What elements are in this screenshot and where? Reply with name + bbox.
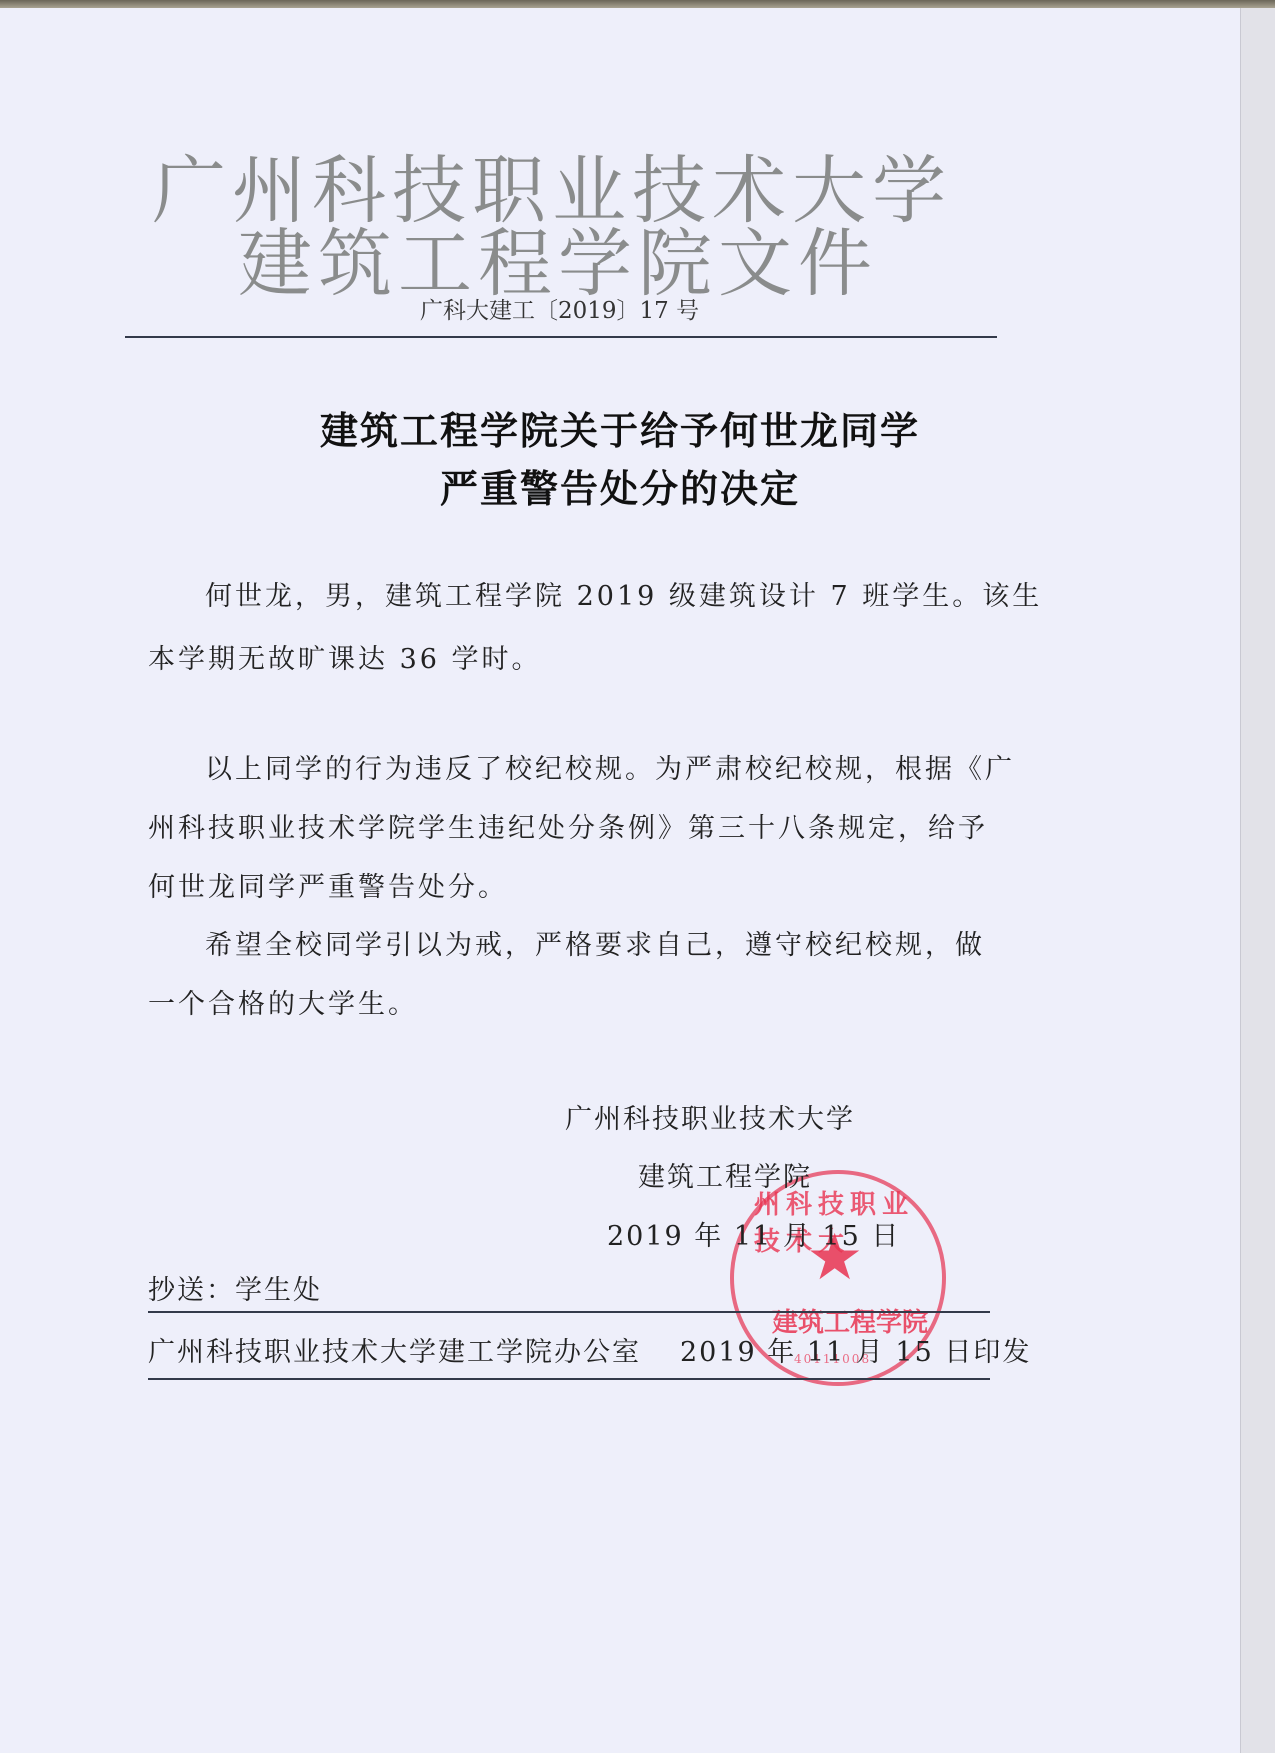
cc-line: 抄送：学生处	[148, 1268, 322, 1307]
signature-organization: 广州科技职业技术大学	[565, 1097, 855, 1136]
header-divider	[125, 336, 997, 338]
footer-issuer: 广州科技职业技术大学建工学院办公室	[148, 1330, 641, 1369]
paragraph-3-line-2: 一个合格的大学生。	[148, 973, 418, 1036]
footer-divider-top	[148, 1311, 990, 1313]
scan-right-edge	[1240, 8, 1275, 1753]
signature-department: 建筑工程学院	[638, 1155, 812, 1194]
paragraph-2-line-3: 何世龙同学严重警告处分。	[148, 856, 508, 919]
document-number: 广科大建工〔2019〕17 号	[420, 292, 699, 325]
paragraph-2-line-2: 州科技职业技术学院学生违纪处分条例》第三十八条规定，给予	[148, 797, 988, 860]
document-title-line2: 严重警告处分的决定	[120, 458, 1120, 513]
paragraph-1-line-2: 本学期无故旷课达 36 学时。	[148, 628, 542, 691]
paragraph-1-line-1: 何世龙，男，建筑工程学院 2019 级建筑设计 7 班学生。该生	[205, 565, 1042, 628]
paragraph-2-line-1: 以上同学的行为违反了校纪校规。为严肃校纪校规，根据《广	[205, 738, 1015, 801]
footer-divider-bottom	[148, 1378, 990, 1380]
document-title-line1: 建筑工程学院关于给予何世龙同学	[120, 400, 1120, 455]
footer-issue-date: 2019 年 11 月 15 日印发	[680, 1330, 1031, 1369]
signature-date: 2019 年 11 月 15 日	[607, 1214, 900, 1253]
paragraph-3-line-1: 希望全校同学引以为戒，严格要求自己，遵守校纪校规，做	[205, 914, 985, 977]
